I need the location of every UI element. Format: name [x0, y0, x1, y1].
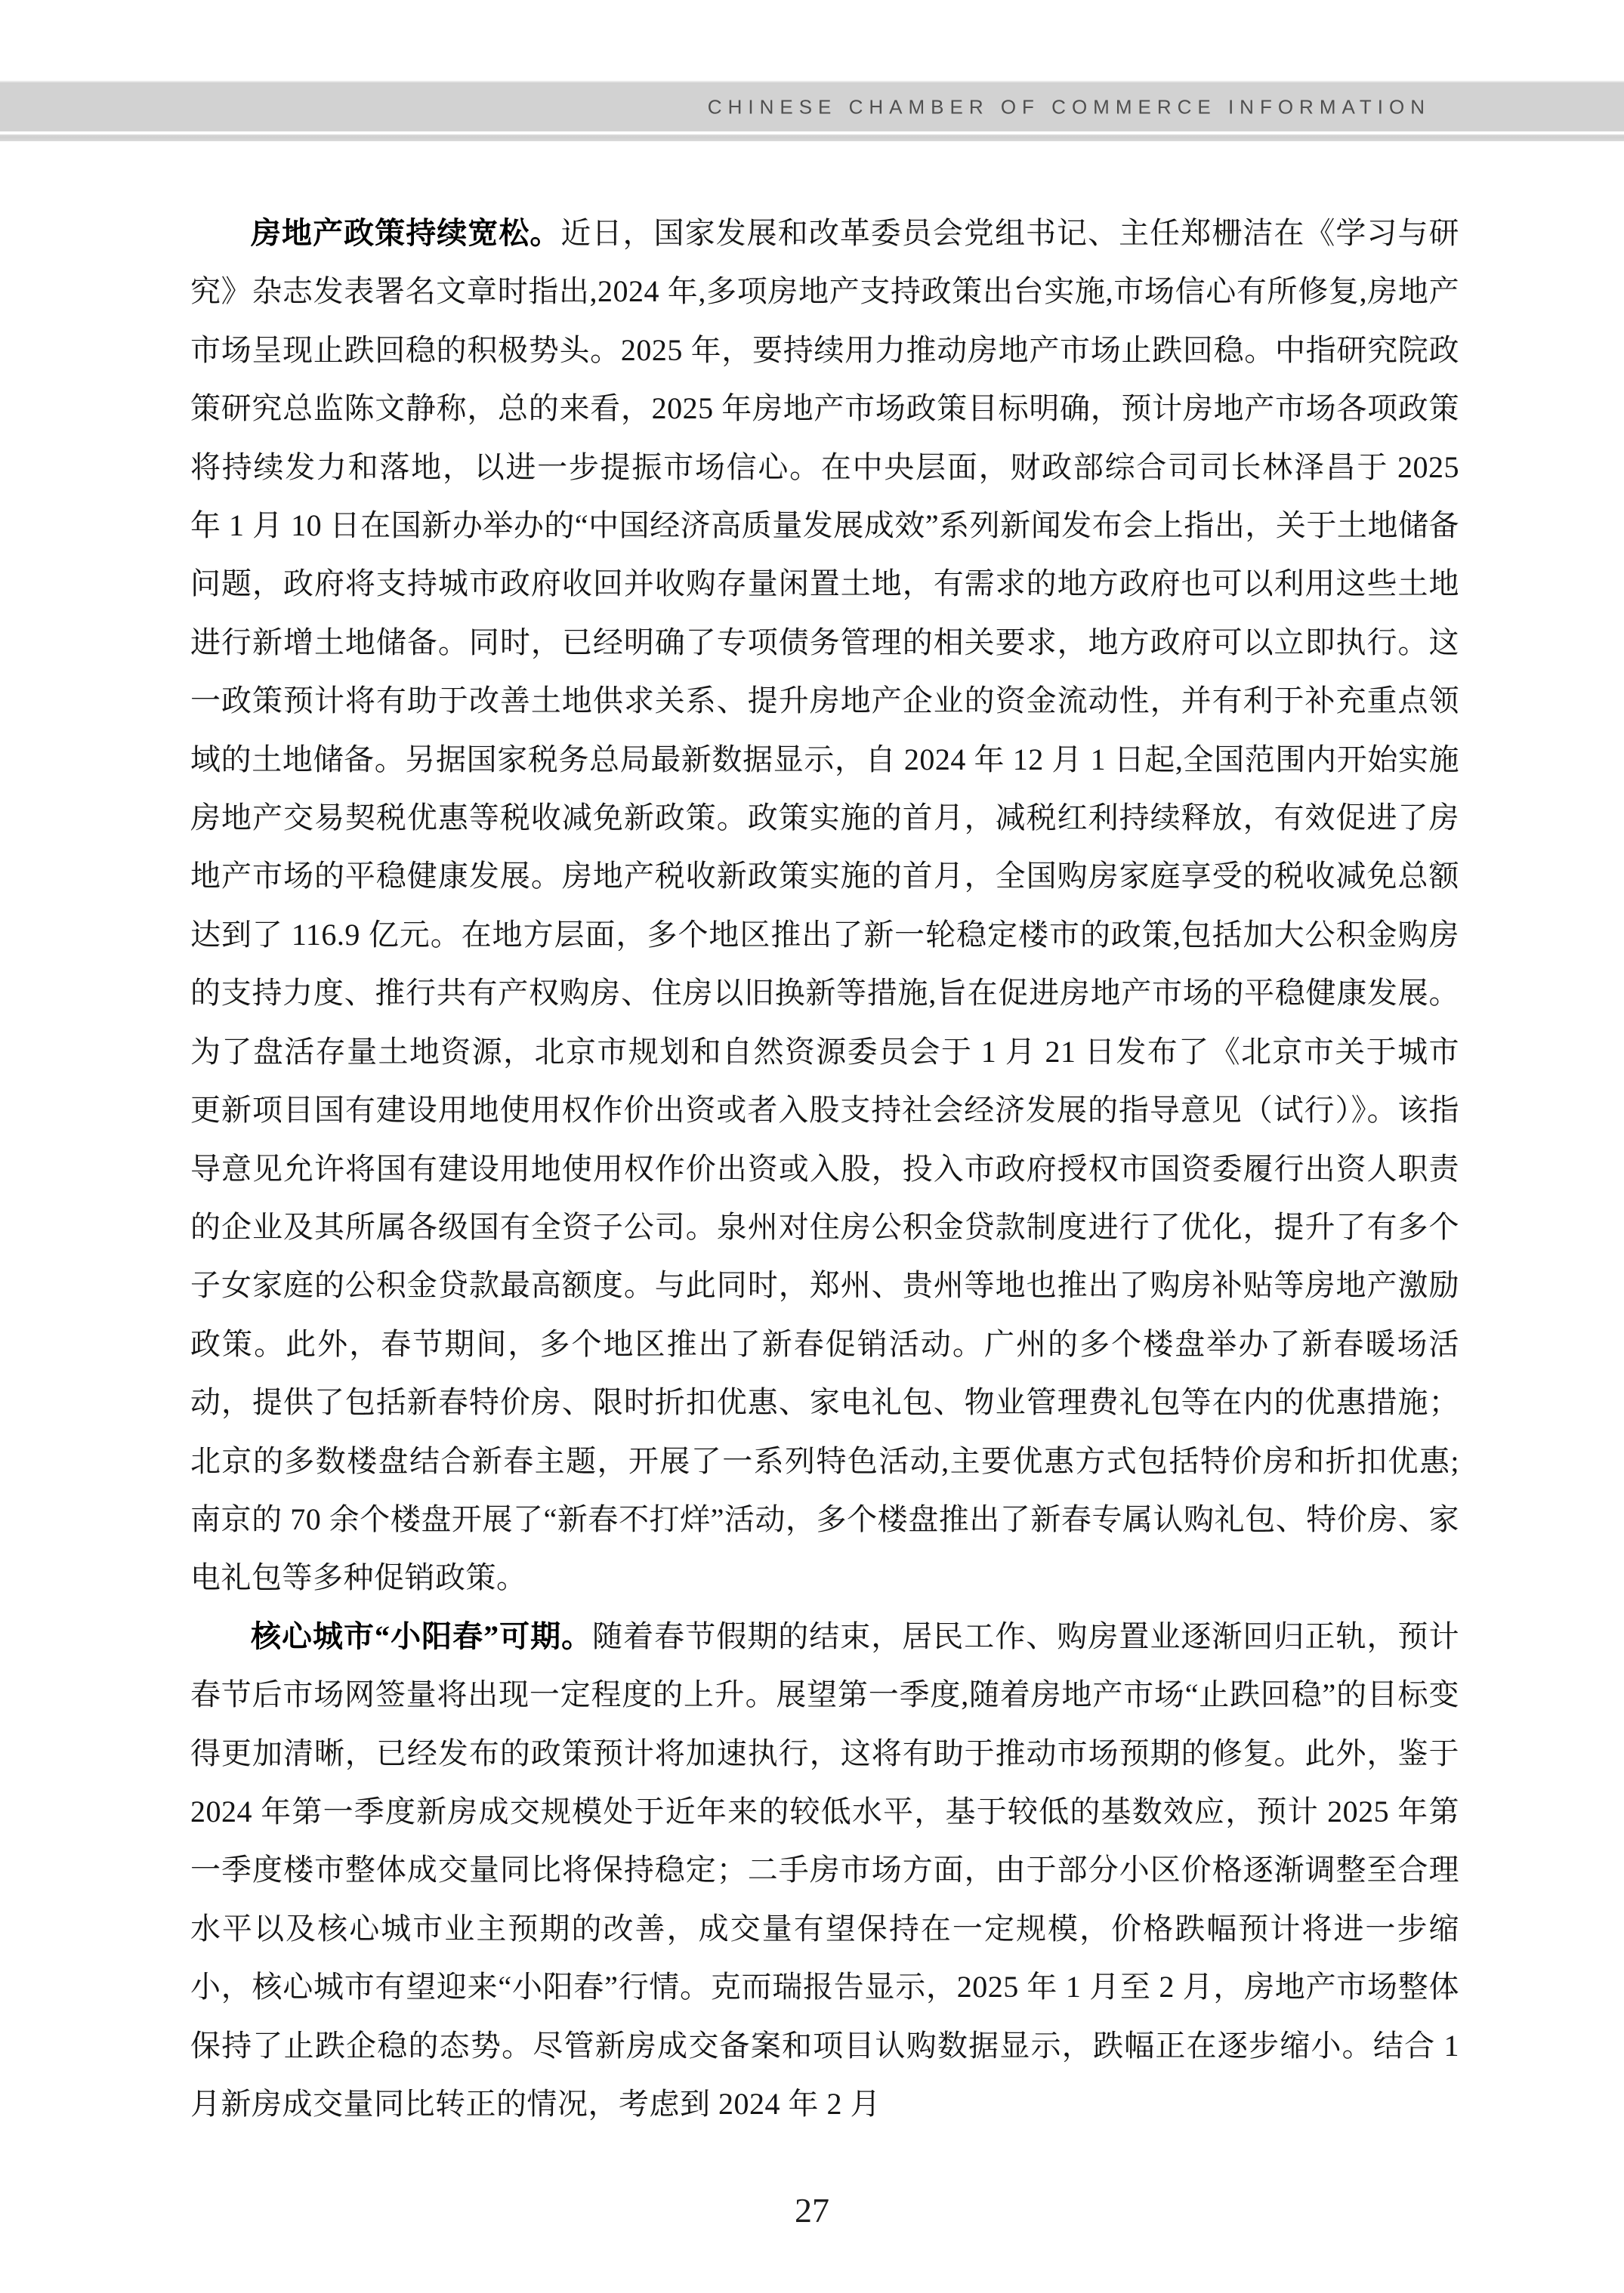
page-footer: 27: [0, 2190, 1624, 2230]
paragraph-2-text: 随着春节假期的结束，居民工作、购房置业逐渐回归正轨，预计春节后市场网签量将出现一…: [190, 1619, 1459, 2121]
paragraph-core-city-outlook: 核心城市“小阳春”可期。随着春节假期的结束，居民工作、购房置业逐渐回归正轨，预计…: [190, 1607, 1459, 2134]
header-bar: CHINESE CHAMBER OF COMMERCE INFORMATION: [0, 81, 1624, 131]
header-rule: [0, 134, 1624, 141]
paragraph-2-lead: 核心城市“小阳春”可期。: [251, 1619, 592, 1653]
header-title: CHINESE CHAMBER OF COMMERCE INFORMATION: [708, 95, 1431, 119]
document-body: 房地产政策持续宽松。近日，国家发展和改革委员会党组书记、主任郑栅洁在《学习与研究…: [190, 204, 1459, 2133]
paragraph-1-text: 近日，国家发展和改革委员会党组书记、主任郑栅洁在《学习与研究》杂志发表署名文章时…: [190, 216, 1459, 1594]
paragraph-real-estate-policy: 房地产政策持续宽松。近日，国家发展和改革委员会党组书记、主任郑栅洁在《学习与研究…: [190, 204, 1459, 1607]
page-number: 27: [795, 2191, 829, 2230]
paragraph-1-lead: 房地产政策持续宽松。: [251, 216, 560, 250]
